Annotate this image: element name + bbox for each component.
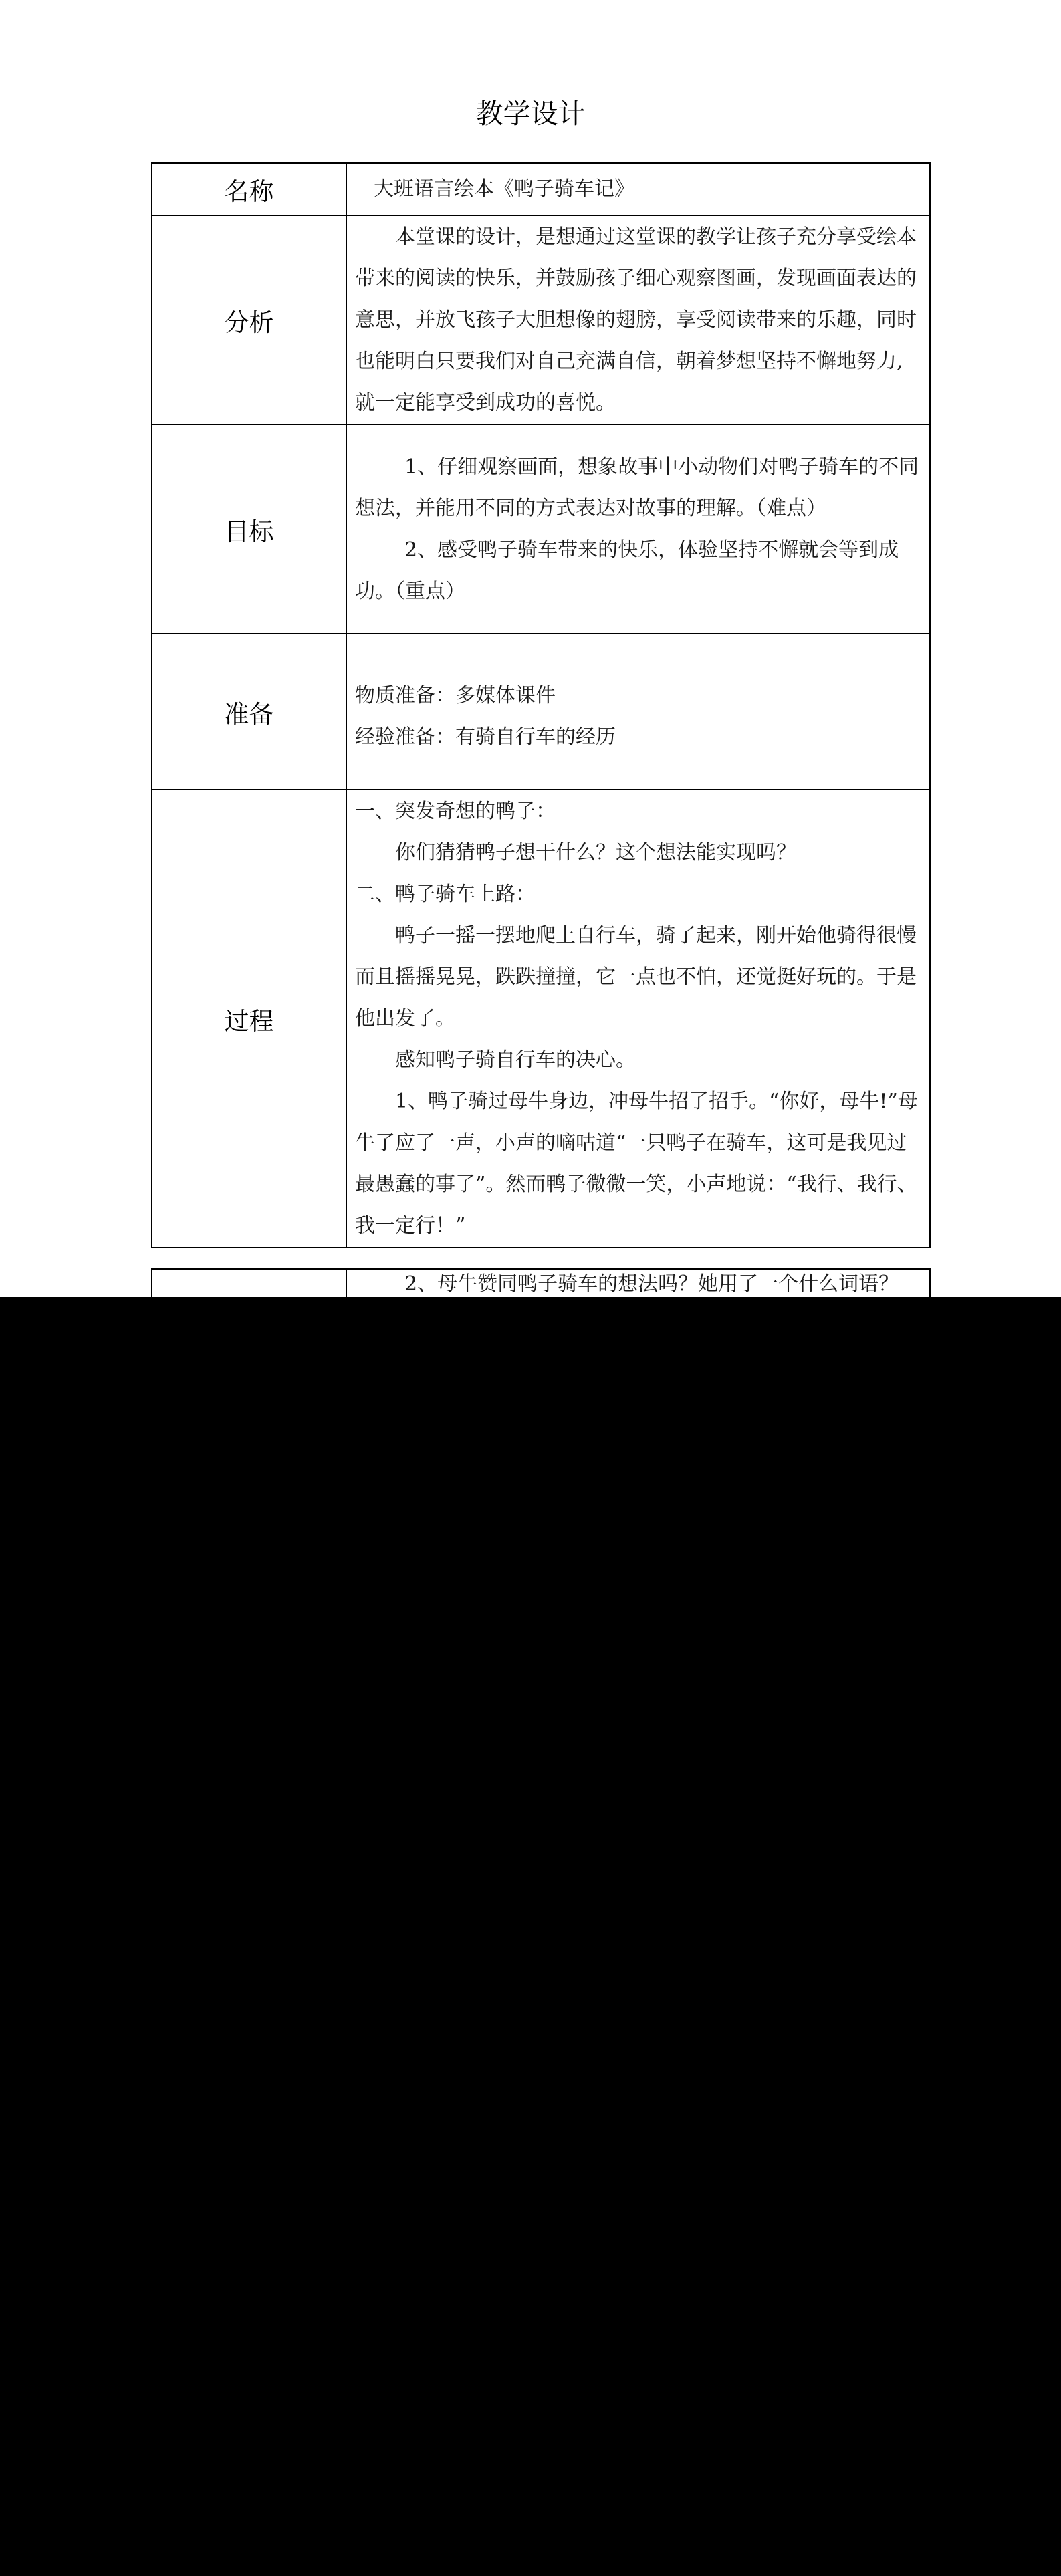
row-content-preparation: 物质准备：多媒体课件 经验准备：有骑自行车的经历 (346, 634, 930, 790)
row-content-analysis: 本堂课的设计，是想通过这堂课的教学让孩子充分享受绘本带来的阅读的快乐，并鼓励孩子… (346, 215, 930, 425)
table-row-name: 名称 大班语言绘本《鸭子骑车记》 (152, 163, 930, 215)
table-row-goals: 目标 1、仔细观察画面，想象故事中小动物们对鸭子骑车的不同想法，并能用不同的方式… (152, 425, 930, 634)
redacted-area (0, 1297, 1061, 2576)
row-content-name: 大班语言绘本《鸭子骑车记》 (346, 163, 930, 215)
row-content-goals: 1、仔细观察画面，想象故事中小动物们对鸭子骑车的不同想法，并能用不同的方式表达对… (346, 425, 930, 634)
analysis-paragraph: 本堂课的设计，是想通过这堂课的教学让孩子充分享受绘本带来的阅读的快乐，并鼓励孩子… (355, 217, 920, 424)
table-row-preparation: 准备 物质准备：多媒体课件 经验准备：有骑自行车的经历 (152, 634, 930, 790)
document-title: 教学设计 (0, 95, 1061, 132)
table-row-process: 过程 一、突发奇想的鸭子： 你们猜猜鸭子想干什么？这个想法能实现吗？ 二、鸭子骑… (152, 790, 930, 1248)
process-question: 你们猜猜鸭子想干什么？这个想法能实现吗？ (355, 832, 920, 874)
row-label-name: 名称 (152, 163, 346, 215)
goal-item-2: 2、感受鸭子骑车带来的快乐，体验坚持不懈就会等到成功。（重点） (355, 530, 920, 612)
lesson-plan-table-continued: 2、母牛赞同鸭子骑车的想法吗？她用了一个什么词语？ (151, 1268, 931, 1299)
row-label-process: 过程 (152, 790, 346, 1248)
row-label-preparation: 准备 (152, 634, 346, 790)
row-label-goals: 目标 (152, 425, 346, 634)
process-section-2-heading: 二、鸭子骑车上路： (355, 874, 920, 915)
material-preparation: 物质准备：多媒体课件 (355, 675, 920, 717)
row-content-continued: 2、母牛赞同鸭子骑车的想法吗？她用了一个什么词语？ (346, 1269, 930, 1299)
table-row-continued: 2、母牛赞同鸭子骑车的想法吗？她用了一个什么词语？ (152, 1269, 930, 1299)
process-step-1: 1、鸭子骑过母牛身边，冲母牛招了招手。“你好，母牛!”母牛了应了一声，小声的嘀咕… (355, 1081, 920, 1247)
process-section-1-heading: 一、突发奇想的鸭子： (355, 791, 920, 832)
lesson-name-text: 大班语言绘本《鸭子骑车记》 (355, 168, 920, 210)
experience-preparation: 经验准备：有骑自行车的经历 (355, 717, 920, 758)
process-subheading: 感知鸭子骑自行车的决心。 (355, 1040, 920, 1081)
goal-item-1: 1、仔细观察画面，想象故事中小动物们对鸭子骑车的不同想法，并能用不同的方式表达对… (355, 447, 920, 530)
row-content-process: 一、突发奇想的鸭子： 你们猜猜鸭子想干什么？这个想法能实现吗？ 二、鸭子骑车上路… (346, 790, 930, 1248)
row-label-analysis: 分析 (152, 215, 346, 425)
process-story-paragraph: 鸭子一摇一摆地爬上自行车，骑了起来，刚开始他骑得很慢而且摇摇晃晃，跌跌撞撞，它一… (355, 915, 920, 1040)
process-step-2: 2、母牛赞同鸭子骑车的想法吗？她用了一个什么词语？ (355, 1270, 920, 1299)
row-label-continued (152, 1269, 346, 1299)
lesson-plan-table: 名称 大班语言绘本《鸭子骑车记》 分析 本堂课的设计，是想通过这堂课的教学让孩子… (151, 162, 931, 1248)
table-row-analysis: 分析 本堂课的设计，是想通过这堂课的教学让孩子充分享受绘本带来的阅读的快乐，并鼓… (152, 215, 930, 425)
